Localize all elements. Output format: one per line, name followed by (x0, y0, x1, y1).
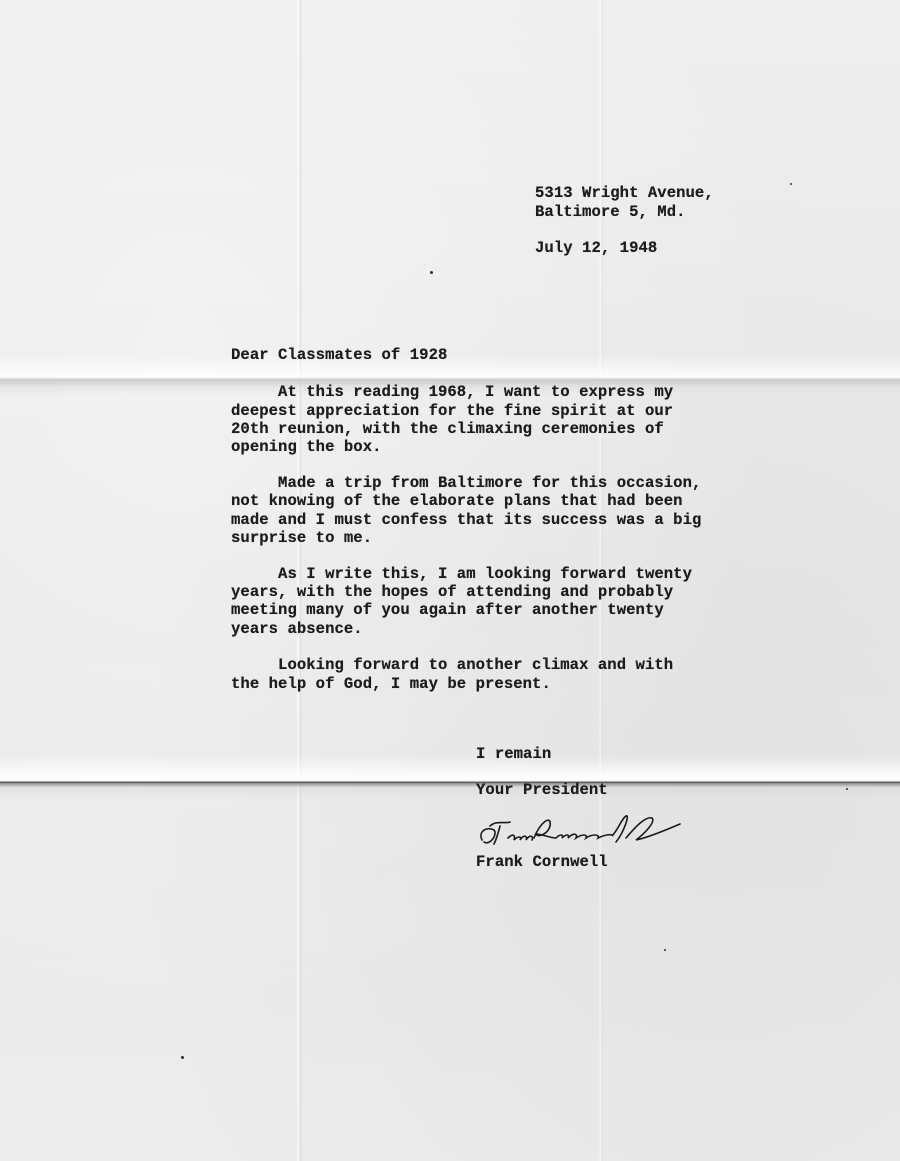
paragraph-3-line-2: years, with the hopes of attending and p… (231, 583, 673, 603)
address-line-1: 5313 Wright Avenue, (535, 184, 714, 204)
paper-speck (790, 183, 792, 185)
paragraph-3-line-3: meeting many of you again after another … (231, 601, 664, 621)
paragraph-3-line-4: years absence. (231, 620, 363, 640)
paragraph-4-line-2: the help of God, I may be present. (231, 675, 551, 695)
address-line-2: Baltimore 5, Md. (535, 203, 686, 223)
signature-icon (476, 812, 696, 852)
letter-paper: 5313 Wright Avenue, Baltimore 5, Md. Jul… (0, 0, 900, 1161)
paragraph-2-line-4: surprise to me. (231, 529, 372, 549)
paragraph-1-line-4: opening the box. (231, 438, 382, 458)
paper-speck (846, 788, 848, 790)
paragraph-1-line-3: 20th reunion, with the climaxing ceremon… (231, 420, 664, 440)
signer-name: Frank Cornwell (476, 853, 608, 873)
paragraph-2-line-3: made and I must confess that its success… (231, 511, 701, 531)
paragraph-1-line-2: deepest appreciation for the fine spirit… (231, 402, 673, 422)
paragraph-1-line-1: At this reading 1968, I want to express … (231, 383, 673, 403)
paper-speck (664, 949, 666, 951)
letter-date: July 12, 1948 (535, 239, 657, 259)
paragraph-2-line-2: not knowing of the elaborate plans that … (231, 492, 683, 512)
paragraph-2-line-1: Made a trip from Baltimore for this occa… (231, 474, 701, 494)
closing: I remain (476, 745, 551, 765)
paragraph-4-line-1: Looking forward to another climax and wi… (231, 656, 673, 676)
horizontal-fold-crease-lower (0, 755, 900, 800)
paper-speck (430, 271, 433, 274)
salutation: Dear Classmates of 1928 (231, 346, 447, 366)
signer-title: Your President (476, 781, 608, 801)
paper-speck (181, 1056, 184, 1059)
paragraph-3-line-1: As I write this, I am looking forward tw… (231, 565, 692, 585)
